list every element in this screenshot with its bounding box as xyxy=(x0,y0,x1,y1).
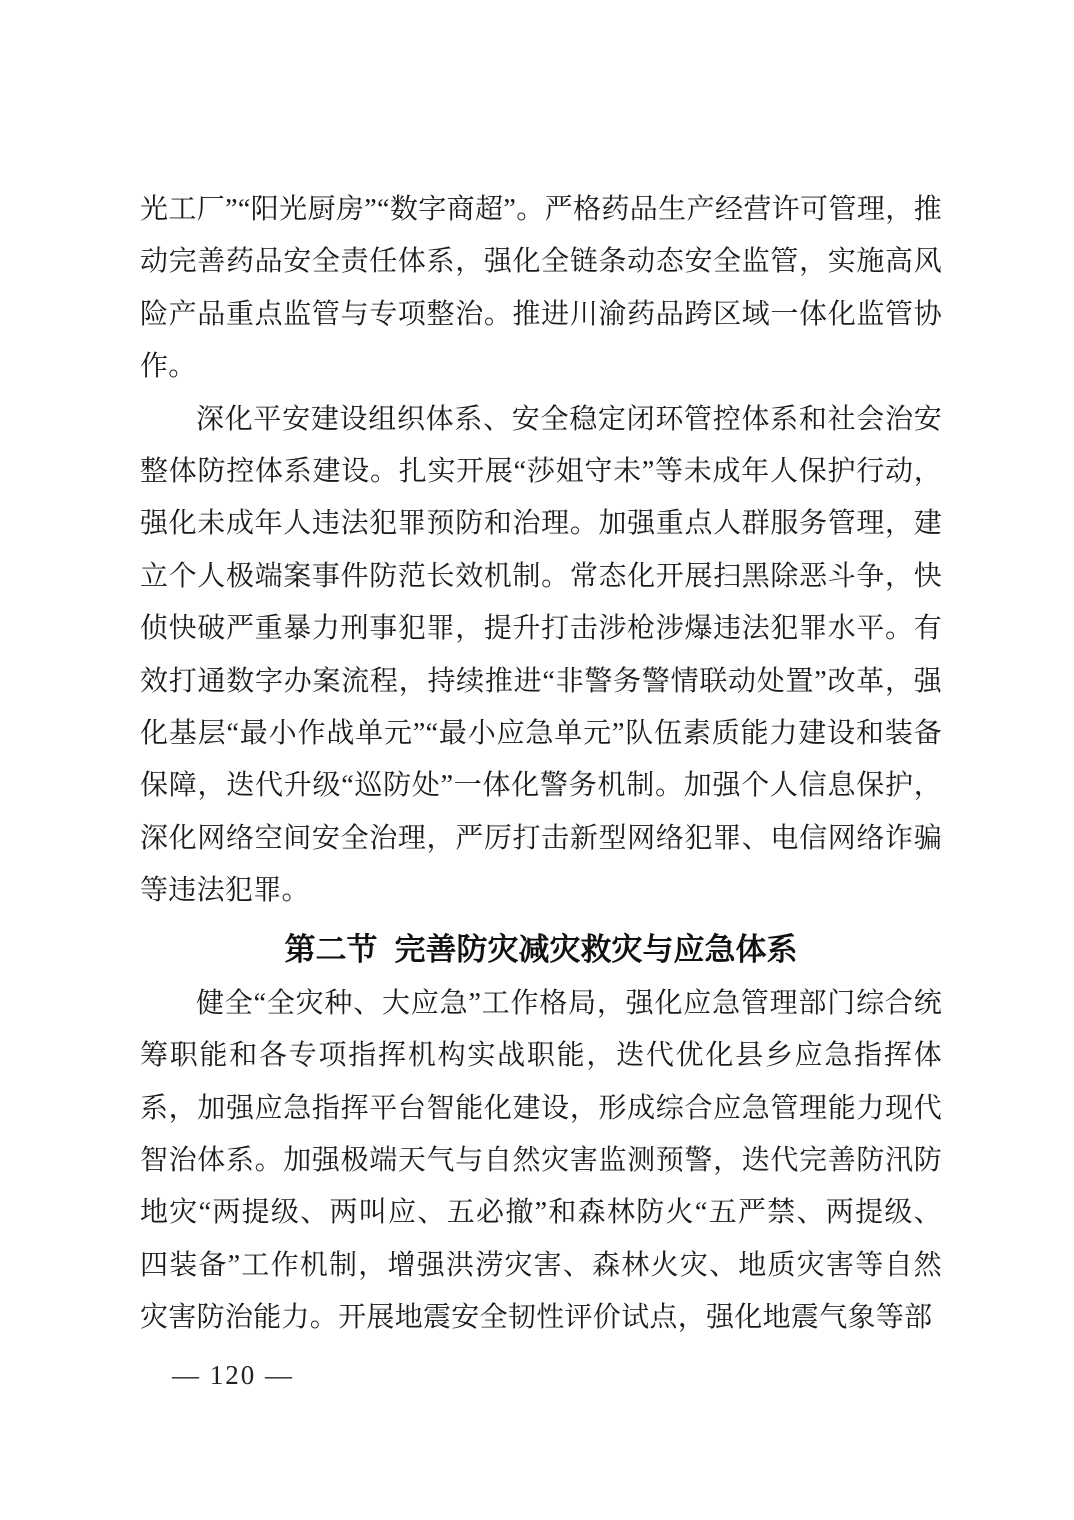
section-number: 第二节 xyxy=(284,932,377,967)
paragraph-continuation: 光工厂”“阳光厨房”“数字商超”。严格药品生产经营许可管理，推动完善药品安全责任… xyxy=(140,184,942,394)
document-page: 光工厂”“阳光厨房”“数字商超”。严格药品生产经营许可管理，推动完善药品安全责任… xyxy=(0,0,1074,1520)
paragraph: 健全“全灾种、大应急”工作格局，强化应急管理部门综合统筹职能和各专项指挥机构实战… xyxy=(140,978,942,1345)
paragraph: 深化平安建设组织体系、安全稳定闭环管控体系和社会治安整体防控体系建设。扎实开展“… xyxy=(140,394,942,918)
section-title: 完善防灾减灾救灾与应急体系 xyxy=(395,932,798,967)
page-number: — 120 — xyxy=(172,1358,294,1392)
section-heading: 第二节完善防灾减灾救灾与应急体系 xyxy=(140,924,942,976)
body-text: 光工厂”“阳光厨房”“数字商超”。严格药品生产经营许可管理，推动完善药品安全责任… xyxy=(140,184,942,1345)
